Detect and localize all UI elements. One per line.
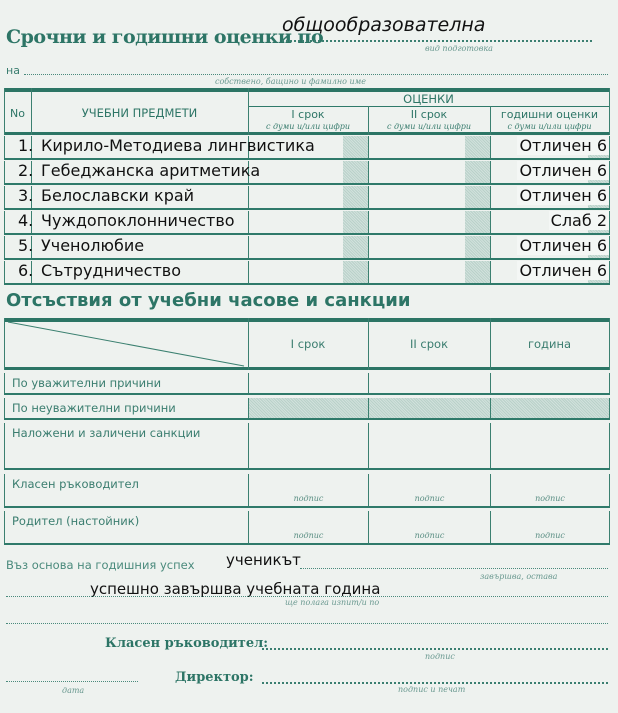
name-prefix: на [6, 64, 20, 77]
term1-grade-cell[interactable] [248, 236, 343, 258]
col-no-header: No [4, 107, 31, 120]
row-number: 1. [18, 136, 33, 155]
col-grades-header: ОЦЕНКИ [248, 92, 609, 106]
absences-title: Отсъствия от учебни часове и санкции [6, 290, 410, 311]
annual-grade-cell[interactable]: Отличен 6 [490, 186, 609, 208]
absence-row-label: По неуважителни причини [12, 401, 176, 415]
annual-grade-value: Отличен 6 [517, 136, 609, 155]
subject-name: Ученолюбие [41, 236, 144, 255]
absence-cell[interactable] [369, 423, 490, 468]
term1-grade-cell[interactable] [248, 136, 343, 158]
row-number: 4. [18, 211, 33, 230]
conclusion-line-1[interactable] [300, 568, 608, 569]
col-subjects-header: УЧЕБНИ ПРЕДМЕТИ [31, 106, 248, 120]
conclusion-line-2[interactable] [6, 596, 608, 597]
absence-row-label: Родител (настойник) [12, 514, 139, 528]
conclusion-caption-2: ще полага изпит/и по [285, 598, 379, 607]
absence-cell[interactable] [491, 398, 609, 418]
annual-grade-cell[interactable]: Отличен 6 [490, 236, 609, 258]
date-caption: дата [62, 686, 84, 695]
absence-cell[interactable] [369, 373, 490, 393]
row-number: 6. [18, 261, 33, 280]
student-word-value: ученикът [226, 551, 301, 569]
training-type-value: общообразователна [282, 14, 485, 36]
abs-col-term1: I срок [248, 337, 368, 351]
term2-grade-cell[interactable] [368, 161, 465, 183]
director-label: Директор: [175, 670, 254, 685]
annual-grade-value: Отличен 6 [517, 161, 609, 180]
subject-name: Белославски край [41, 186, 194, 205]
term2-grade-cell[interactable] [368, 211, 465, 233]
director-caption: подпис и печат [398, 685, 465, 694]
annual-grade-value: Отличен 6 [517, 261, 609, 280]
term2-grade-cell[interactable] [368, 136, 465, 158]
student-name-line[interactable] [24, 74, 608, 75]
subject-name: Гебеджанска аритметика [41, 161, 260, 180]
annual-grade-value: Отличен 6 [517, 186, 609, 205]
row-number: 3. [18, 186, 33, 205]
term2-grade-cell[interactable] [368, 186, 465, 208]
term1-grade-cell[interactable] [248, 211, 343, 233]
col-annual-caption: с думи и/или цифри [490, 122, 609, 131]
absence-cell[interactable] [491, 373, 609, 393]
col-term1-caption: с думи и/или цифри [248, 122, 368, 131]
col-term2-header: II срок [368, 108, 490, 121]
subject-name: Чуждопоклонничество [41, 211, 235, 230]
abs-col-year: година [490, 337, 609, 351]
absence-cell[interactable] [249, 423, 368, 468]
signature-caption: подпис [249, 531, 368, 540]
annual-grade-value: Слаб 2 [549, 211, 609, 230]
absence-cell[interactable] [249, 398, 368, 418]
conclusion-line-3[interactable] [6, 623, 608, 624]
form-title: Срочни и годишни оценки по [6, 26, 323, 48]
abs-col-term2: II срок [368, 337, 490, 351]
annual-grade-cell[interactable]: Отличен 6 [490, 161, 609, 183]
director-signature-line[interactable] [262, 682, 608, 684]
annual-grade-cell[interactable]: Слаб 2 [490, 211, 609, 233]
name-caption: собствено, бащино и фамилно име [215, 77, 366, 86]
row-number: 2. [18, 161, 33, 180]
training-type-line[interactable] [282, 40, 592, 42]
absence-row-label: Класен ръководител [12, 477, 139, 491]
annual-grade-cell[interactable]: Отличен 6 [490, 261, 609, 283]
training-type-caption: вид подготовка [425, 44, 493, 53]
date-line[interactable] [6, 681, 138, 682]
absence-cell[interactable] [491, 423, 609, 468]
col-annual-header: годишни оценки [490, 108, 609, 121]
absence-row-label: По уважителни причини [12, 376, 161, 390]
signature-caption: подпис [491, 531, 609, 540]
class-teacher-label: Класен ръководител: [105, 636, 268, 651]
annual-grade-cell[interactable]: Отличен 6 [490, 136, 609, 158]
term1-grade-cell[interactable] [248, 261, 343, 283]
absence-row-label: Наложени и заличени санкции [12, 426, 200, 440]
term2-grade-cell[interactable] [368, 261, 465, 283]
absence-cell[interactable] [249, 373, 368, 393]
term1-grade-cell[interactable] [248, 186, 343, 208]
diagonal-header-line [4, 320, 248, 368]
row-number: 5. [18, 236, 33, 255]
signature-caption: подпис [369, 494, 490, 503]
term2-grade-cell[interactable] [368, 236, 465, 258]
signature-caption: подпис [369, 531, 490, 540]
term1-grade-cell[interactable] [248, 161, 343, 183]
signature-caption: подпис [249, 494, 368, 503]
signature-caption: подпис [491, 494, 609, 503]
class-teacher-signature-line[interactable] [262, 648, 608, 650]
col-term2-caption: с думи и/или цифри [368, 122, 490, 131]
conclusion-caption-1: завършва, остава [480, 572, 557, 581]
subject-name: Сътрудничество [41, 261, 181, 280]
class-teacher-caption: подпис [425, 652, 455, 661]
absence-cell[interactable] [369, 398, 490, 418]
annual-grade-value: Отличен 6 [517, 236, 609, 255]
conclusion-prefix: Въз основа на годишния успех [6, 558, 195, 572]
col-term1-header: I срок [248, 108, 368, 121]
